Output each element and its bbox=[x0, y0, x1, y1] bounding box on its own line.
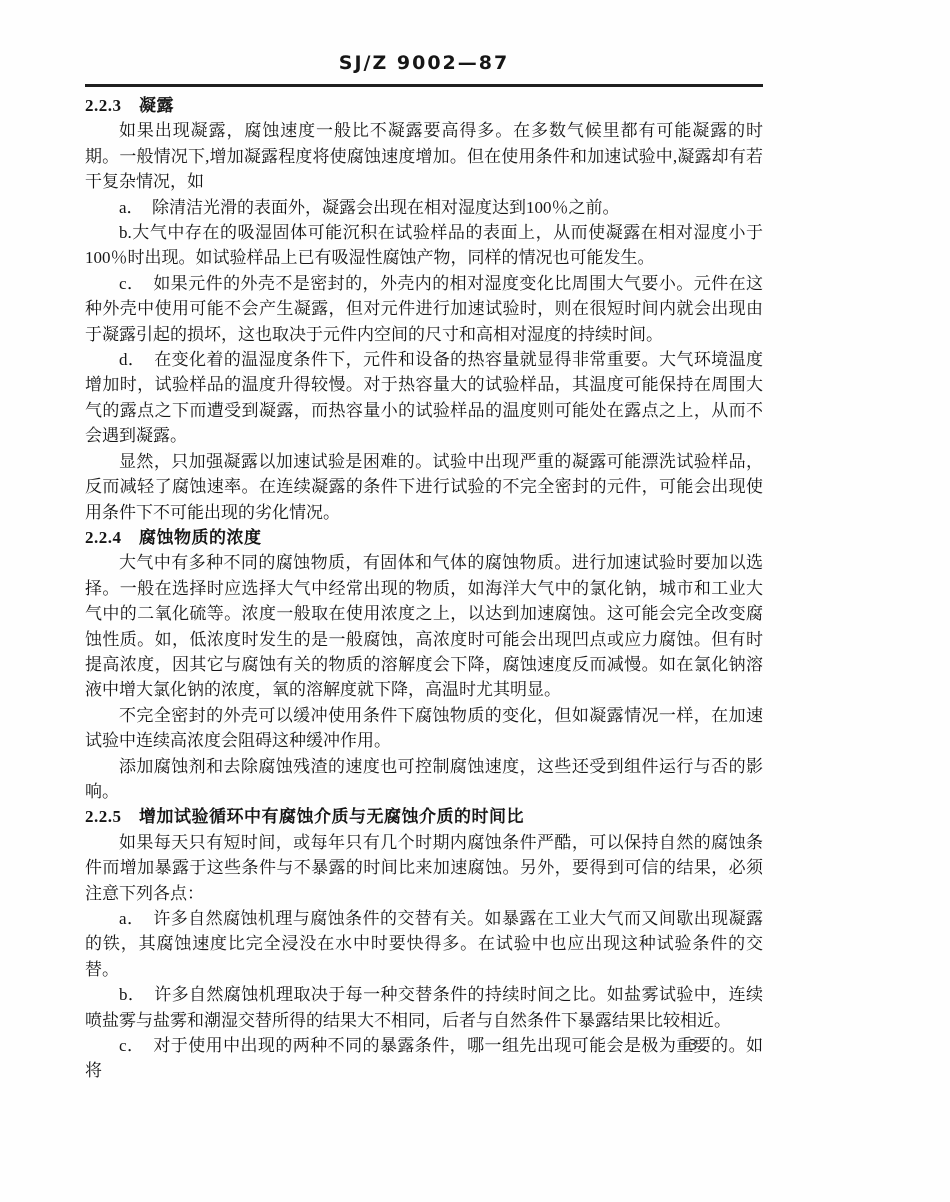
paragraph: 如果出现凝露，腐蚀速度一般比不凝露要高得多。在多数气候里都有可能凝露的时期。一般… bbox=[85, 118, 763, 194]
scanned-standard-page: SJ/Z 9002—87 2.2.3 凝露 如果出现凝露，腐蚀速度一般比不凝露要… bbox=[0, 0, 950, 1202]
list-item-b: b.大气中存在的吸湿固体可能沉积在试验样品的表面上，从而使凝露在相对湿度小于10… bbox=[85, 220, 763, 271]
section-heading-2-2-5: 2.2.5 增加试验循环中有腐蚀介质与无腐蚀介质的时间比 bbox=[85, 804, 763, 829]
list-item-a: a． 许多自然腐蚀机理与腐蚀条件的交替有关。如暴露在工业大气而又间歇出现凝露的铁… bbox=[85, 906, 763, 982]
paragraph: 不完全密封的外壳可以缓冲使用条件下腐蚀物质的变化，但如凝露情况一样，在加速试验中… bbox=[85, 703, 763, 754]
paragraph: 显然，只加强凝露以加速试验是困难的。试验中出现严重的凝露可能漂洗试验样品，反而减… bbox=[85, 449, 763, 525]
section-heading-2-2-4: 2.2.4 腐蚀物质的浓度 bbox=[85, 525, 763, 550]
section-heading-2-2-3: 2.2.3 凝露 bbox=[85, 93, 763, 118]
paragraph: 如果每天只有短时间，或每年只有几个时期内腐蚀条件严酷，可以保持自然的腐蚀条件而增… bbox=[85, 830, 763, 906]
page-number: 3 bbox=[688, 1036, 698, 1054]
list-item-b: b． 许多自然腐蚀机理取决于每一种交替条件的持续时间之比。如盐雾试验中，连续喷盐… bbox=[85, 982, 763, 1033]
paragraph: 添加腐蚀剂和去除腐蚀残渣的速度也可控制腐蚀速度，这些还受到组件运行与否的影响。 bbox=[85, 754, 763, 805]
list-item-c: c． 如果元件的外壳不是密封的，外壳内的相对湿度变化比周围大气要小。元件在这种外… bbox=[85, 271, 763, 347]
list-item-a: a． 除清洁光滑的表面外，凝露会出现在相对湿度达到100％之前。 bbox=[85, 195, 763, 220]
list-item-d: d． 在变化着的温湿度条件下，元件和设备的热容量就显得非常重要。大气环境温度增加… bbox=[85, 347, 763, 449]
document-body: 2.2.3 凝露 如果出现凝露，腐蚀速度一般比不凝露要高得多。在多数气候里都有可… bbox=[85, 93, 763, 1084]
header-divider-rule bbox=[85, 84, 763, 87]
paragraph: 大气中有多种不同的腐蚀物质，有固体和气体的腐蚀物质。进行加速试验时要加以选择。一… bbox=[85, 550, 763, 702]
standard-code-header: SJ/Z 9002—87 bbox=[85, 52, 763, 74]
list-item-c: c． 对于使用中出现的两种不同的暴露条件，哪一组先出现可能会是极为重要的。如将 bbox=[85, 1033, 763, 1084]
